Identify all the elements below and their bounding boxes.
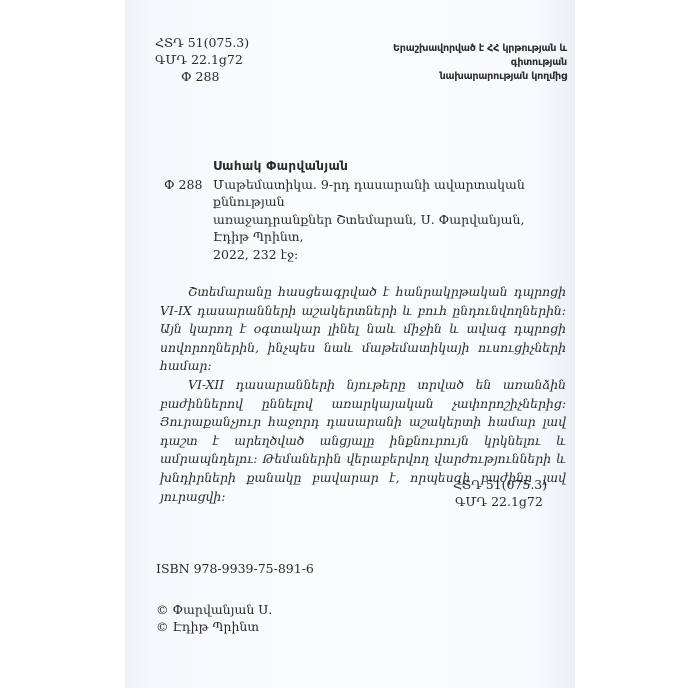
author-name: Սահակ Փարվանյան [213,158,564,176]
bbk-code-bottom: ԳՄԴ 22.1g72 [453,493,547,510]
book-page: ​ ՀՏԴ 51(075.3) ԳՄԴ 22.1g72 Փ 288 Երաշխա… [125,0,575,688]
approval-line-2: նախարարության կողմից [337,70,567,84]
ministry-approval: Երաշխավորված է ՀՀ կրթության և գիտության … [337,42,567,84]
isbn: ISBN 978-9939-75-891-6 [156,561,314,576]
catalog-line-3: 2022, 232 էջ: [213,246,564,264]
catalog-line-1: Մաթեմատիկա. 9-րդ դասարանի ավարտական քննո… [213,176,564,211]
classification-block-top: ՀՏԴ 51(075.3) ԳՄԴ 22.1g72 Փ 288 [155,34,249,85]
catalog-line-2: առաջադրանքներ Շտեմարան, Ս. Փարվանյան, Էդ… [213,211,564,246]
copyright-publisher: © Էդիթ Պրինտ [156,618,272,635]
udc-code-bottom: ՀՏԴ 51(075.3) [453,476,547,493]
copyright-block: © Փարվանյան Ս. © Էդիթ Պրինտ [156,601,272,635]
classification-block-bottom: ՀՏԴ 51(075.3) ԳՄԴ 22.1g72 [453,476,547,510]
book-abstract: Շտեմարանը հասցեագրված է հանրակրթական դպր… [160,283,566,506]
catalog-description: Մաթեմատիկա. 9-րդ դասարանի ավարտական քննո… [213,176,564,264]
catalog-code: Փ 288 [164,176,213,264]
author-mark: Փ 288 [155,68,249,85]
bbk-code: ԳՄԴ 22.1g72 [155,51,249,68]
abstract-paragraph-1: Շտեմարանը հասցեագրված է հանրակրթական դպր… [160,283,566,376]
copyright-author: © Փարվանյան Ս. [156,601,272,618]
udc-code: ՀՏԴ 51(075.3) [155,34,249,51]
approval-line-1: Երաշխավորված է ՀՀ կրթության և գիտության [337,42,567,70]
catalog-entry: Սահակ Փարվանյան Փ 288 Մաթեմատիկա. 9-րդ դ… [164,158,564,263]
